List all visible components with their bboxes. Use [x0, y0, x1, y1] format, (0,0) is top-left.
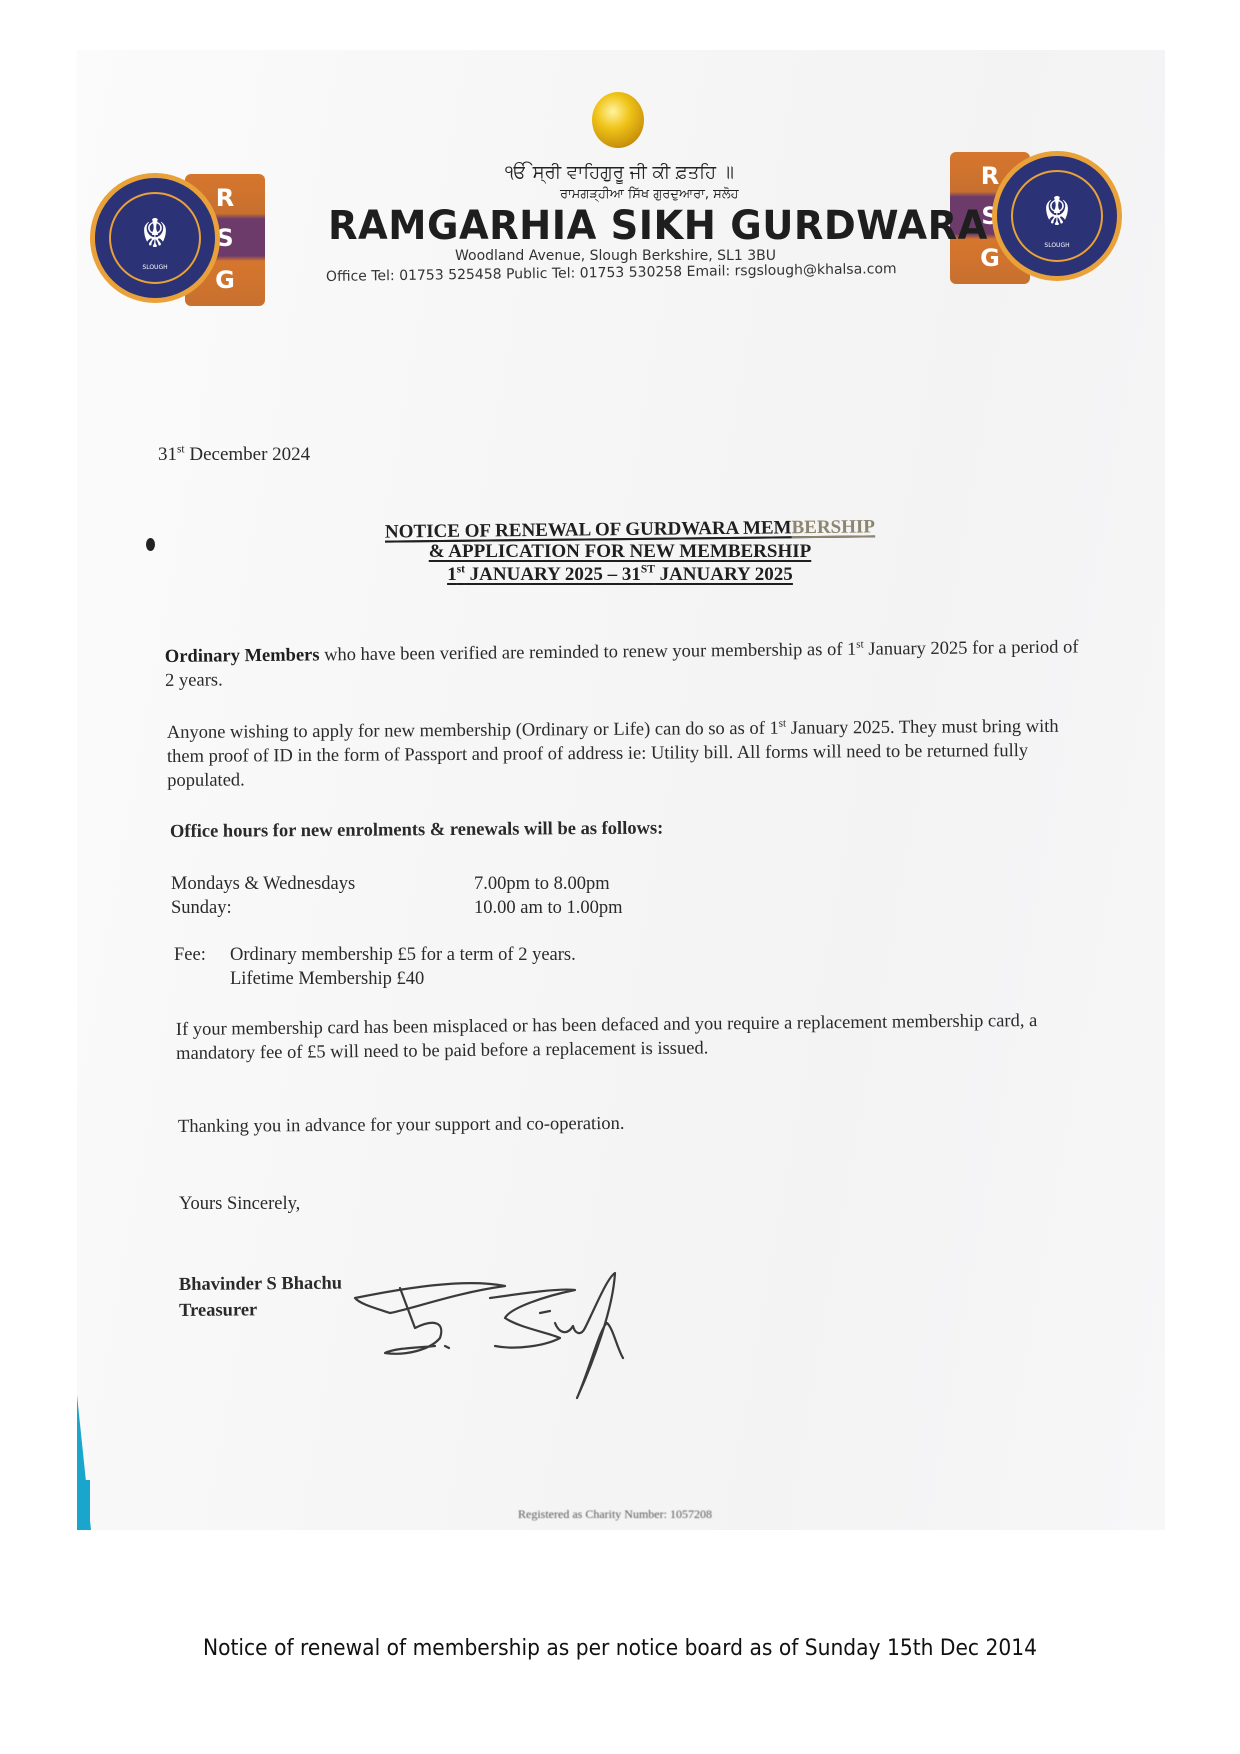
- org-name: RAMGARHIA SIKH GURDWARA: [328, 203, 988, 249]
- notice-title-line-2: & APPLICATION FOR NEW MEMBERSHIP: [0, 541, 1240, 563]
- office-hours-table: Mondays & Wednesdays7.00pm to 8.00pm Sun…: [171, 872, 623, 920]
- closing: Yours Sincerely,: [179, 1192, 300, 1216]
- signer-block: Bhavinder S Bhachu Treasurer: [179, 1271, 343, 1324]
- logo-emblem-text: SLOUGH: [997, 242, 1117, 249]
- office-hours-row: Sunday:10.00 am to 1.00pm: [171, 896, 623, 920]
- fee-label: Fee:: [174, 943, 230, 967]
- office-hours-row: Mondays & Wednesdays7.00pm to 8.00pm: [171, 872, 623, 896]
- fee-section: Fee:Ordinary membership £5 for a term of…: [174, 943, 576, 991]
- khanda-icon: ☬: [1034, 186, 1080, 238]
- letter-date: 31st December 2024: [158, 444, 310, 466]
- signer-title: Treasurer: [179, 1297, 342, 1324]
- new-membership-paragraph: Anyone wishing to apply for new membersh…: [167, 715, 1097, 793]
- fee-item: Lifetime Membership £40: [230, 967, 424, 991]
- logo-ring: ☬ SLOUGH: [992, 151, 1122, 281]
- image-caption: Notice of renewal of membership as per n…: [50, 1636, 1191, 1661]
- fee-item: Ordinary membership £5 for a term of 2 y…: [230, 943, 576, 967]
- gurmukhi-org-name: ਰਾਮਗੜ੍ਹੀਆ ਸਿੱਖ ਗੁਰਦੁਆਰਾ, ਸਲੋਹ: [560, 187, 739, 202]
- khanda-icon: ☬: [132, 208, 178, 260]
- rsg-logo-left: R S G ☬ SLOUGH: [90, 165, 270, 315]
- background-edge-fill: [77, 1480, 90, 1530]
- renewal-paragraph: Ordinary Members who have been verified …: [165, 635, 1085, 693]
- logo-ring: ☬ SLOUGH: [90, 173, 220, 303]
- org-address: Woodland Avenue, Slough Berkshire, SL1 3…: [455, 248, 776, 264]
- gold-ek-onkar-emblem: [592, 92, 644, 148]
- charity-number: Registered as Charity Number: 1057208: [518, 1507, 712, 1522]
- logo-emblem-text: SLOUGH: [95, 264, 215, 271]
- signature-icon: [345, 1268, 665, 1418]
- office-hours-heading: Office hours for new enrolments & renewa…: [170, 819, 663, 843]
- notice-title-line-3: 1st JANUARY 2025 – 31ST JANUARY 2025: [0, 564, 1240, 586]
- replacement-card-paragraph: If your membership card has been misplac…: [176, 1009, 1076, 1066]
- signer-name: Bhavinder S Bhachu: [179, 1271, 342, 1298]
- gurmukhi-invocation: ੴ ਸ੍ਰੀ ਵਾਹਿਗੁਰੂ ਜੀ ਕੀ ਫ਼ਤਹਿ ॥: [505, 162, 734, 183]
